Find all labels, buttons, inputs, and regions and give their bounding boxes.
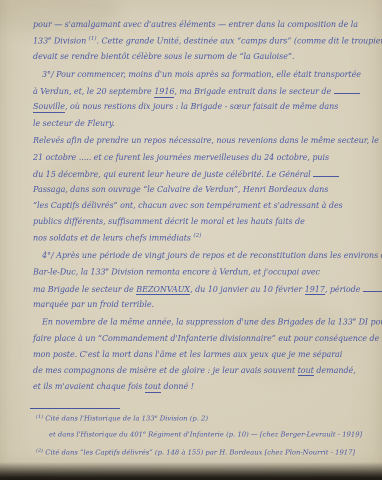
manuscript-page: pour — s'amalgamant avec d'autres élémen… — [0, 0, 382, 480]
text-segment: Cité dans “les Captifs délivrés” (p. 148… — [43, 448, 355, 456]
text-line: et dans l'Historique du 401e Régiment d'… — [36, 430, 372, 446]
text-segment: “les Captifs délivrés” ont, chacun avec … — [33, 201, 343, 210]
footnote-separator-rule — [30, 408, 120, 409]
text-segment: mon poste. C'est la mort dans l'âme et l… — [33, 350, 342, 359]
text-segment: du 15 décembre, qui eurent leur heure de… — [33, 170, 313, 179]
underlined-text: tout — [145, 382, 161, 393]
text-line: Souville, où nous restions dix jours : l… — [33, 102, 373, 118]
text-line: 21 octobre ..... et ce furent les journé… — [33, 153, 373, 169]
text-segment: 21 octobre ..... et ce furent les journé… — [33, 153, 329, 162]
text-segment: Division remonta encore à Verdun, et j'o… — [109, 268, 320, 277]
text-line: (1) Cité dans l'Historique de la 133e Di… — [36, 414, 372, 430]
filler-dash — [313, 169, 339, 177]
text-line: de mes compagnons de misère et de gloire… — [33, 366, 373, 382]
superscript-marker: (2) — [193, 233, 201, 239]
text-line: marquée par un froid terrible. — [33, 300, 373, 316]
text-segment: , ma Brigade entrait dans le secteur de — [174, 87, 333, 96]
text-segment: Division (p. 2) — [158, 415, 208, 423]
text-line: pour — s'amalgamant avec d'autres élémen… — [33, 20, 373, 36]
underlined-text: BEZONVAUX — [136, 285, 190, 296]
text-segment: ma Brigade le secteur de — [33, 285, 136, 294]
text-line: publics différents, suffisamment décrit … — [33, 217, 373, 233]
text-segment: Bar-le-Duc, la 133 — [33, 268, 106, 277]
text-segment: , où nous restions dix jours : la Brigad… — [65, 102, 338, 111]
text-line: devait se rendre bientôt célèbre sous le… — [33, 52, 373, 68]
filler-dash — [334, 86, 360, 94]
text-segment: 133 — [33, 37, 48, 46]
text-segment: le secteur de Fleury. — [33, 119, 115, 128]
scan-edge-shadow — [0, 462, 382, 480]
underlined-text: 1916 — [154, 87, 174, 98]
text-segment: 3°/ Pour commencer, moins d'un mois aprè… — [42, 70, 361, 79]
text-segment: Passaga, dans son ouvrage “le Calvaire d… — [33, 185, 328, 194]
text-line: mon poste. C'est la mort dans l'âme et l… — [33, 350, 373, 366]
text-segment: DI pour — [356, 318, 382, 327]
filler-dash — [363, 284, 382, 292]
text-segment: . Cette grande Unité, destinée aux “camp… — [96, 37, 382, 46]
underlined-text: tout — [298, 366, 314, 377]
text-segment: devait se rendre bientôt célèbre sous le… — [33, 52, 294, 61]
text-segment: et dans l'Historique du 401 — [49, 430, 143, 438]
text-segment: pour — s'amalgamant avec d'autres élémen… — [33, 20, 358, 29]
text-line: nos soldats et de leurs chefs immédiats … — [33, 233, 373, 249]
text-line: 133e Division (1). Cette grande Unité, d… — [33, 36, 373, 52]
text-segment: demandé, — [314, 366, 356, 375]
text-line: Relevés afin de prendre un repos nécessa… — [33, 136, 373, 152]
text-line: Bar-le-Duc, la 133e Division remonta enc… — [33, 267, 373, 283]
text-line: 3°/ Pour commencer, moins d'un mois aprè… — [33, 70, 373, 86]
text-line: le secteur de Fleury. — [33, 119, 373, 135]
footnotes: (1) Cité dans l'Historique de la 133e Di… — [36, 414, 372, 463]
text-segment: de mes compagnons de misère et de gloire… — [33, 366, 298, 375]
manuscript-body: pour — s'amalgamant avec d'autres élémen… — [33, 20, 373, 398]
text-segment: En novembre de la même année, la suppres… — [42, 318, 353, 327]
text-segment: donné ! — [161, 382, 194, 391]
underlined-text: Souville — [33, 102, 65, 113]
text-segment: 4°/ Après une période de vingt jours de … — [42, 251, 382, 260]
text-segment: , du 10 janvier au 10 février — [190, 285, 305, 294]
text-line: (2) Cité dans “les Captifs délivrés” (p.… — [36, 448, 372, 464]
text-line: à Verdun, et, le 20 septembre 1916, ma B… — [33, 86, 373, 102]
text-segment: publics différents, suffisamment décrit … — [33, 217, 305, 226]
text-line: 4°/ Après une période de vingt jours de … — [33, 251, 373, 267]
text-segment: Division — [51, 37, 88, 46]
text-segment: Cité dans l'Historique de la 133 — [43, 415, 155, 423]
text-segment: Relevés afin de prendre un repos nécessa… — [33, 136, 379, 145]
text-segment: et ils m'avaient chaque fois — [33, 382, 145, 391]
text-segment: , période — [325, 285, 363, 294]
text-line: ma Brigade le secteur de BEZONVAUX, du 1… — [33, 284, 373, 300]
text-segment: marquée par un froid terrible. — [33, 300, 154, 309]
text-segment: à Verdun, et, le 20 septembre — [33, 87, 154, 96]
text-line: et ils m'avaient chaque fois tout donné … — [33, 382, 373, 398]
text-line: du 15 décembre, qui eurent leur heure de… — [33, 169, 373, 185]
text-line: Passaga, dans son ouvrage “le Calvaire d… — [33, 185, 373, 201]
text-segment: Régiment d'Infanterie (p. 10) — [chez Be… — [146, 430, 362, 438]
text-line: “les Captifs délivrés” ont, chacun avec … — [33, 201, 373, 217]
underlined-text: 1917 — [305, 285, 325, 296]
text-segment: nos soldats et de leurs chefs immédiats — [33, 234, 193, 243]
text-line: faire place à un “Commandement d'Infante… — [33, 334, 373, 350]
text-segment: faire place à un “Commandement d'Infante… — [33, 334, 382, 343]
text-line: En novembre de la même année, la suppres… — [33, 317, 373, 333]
